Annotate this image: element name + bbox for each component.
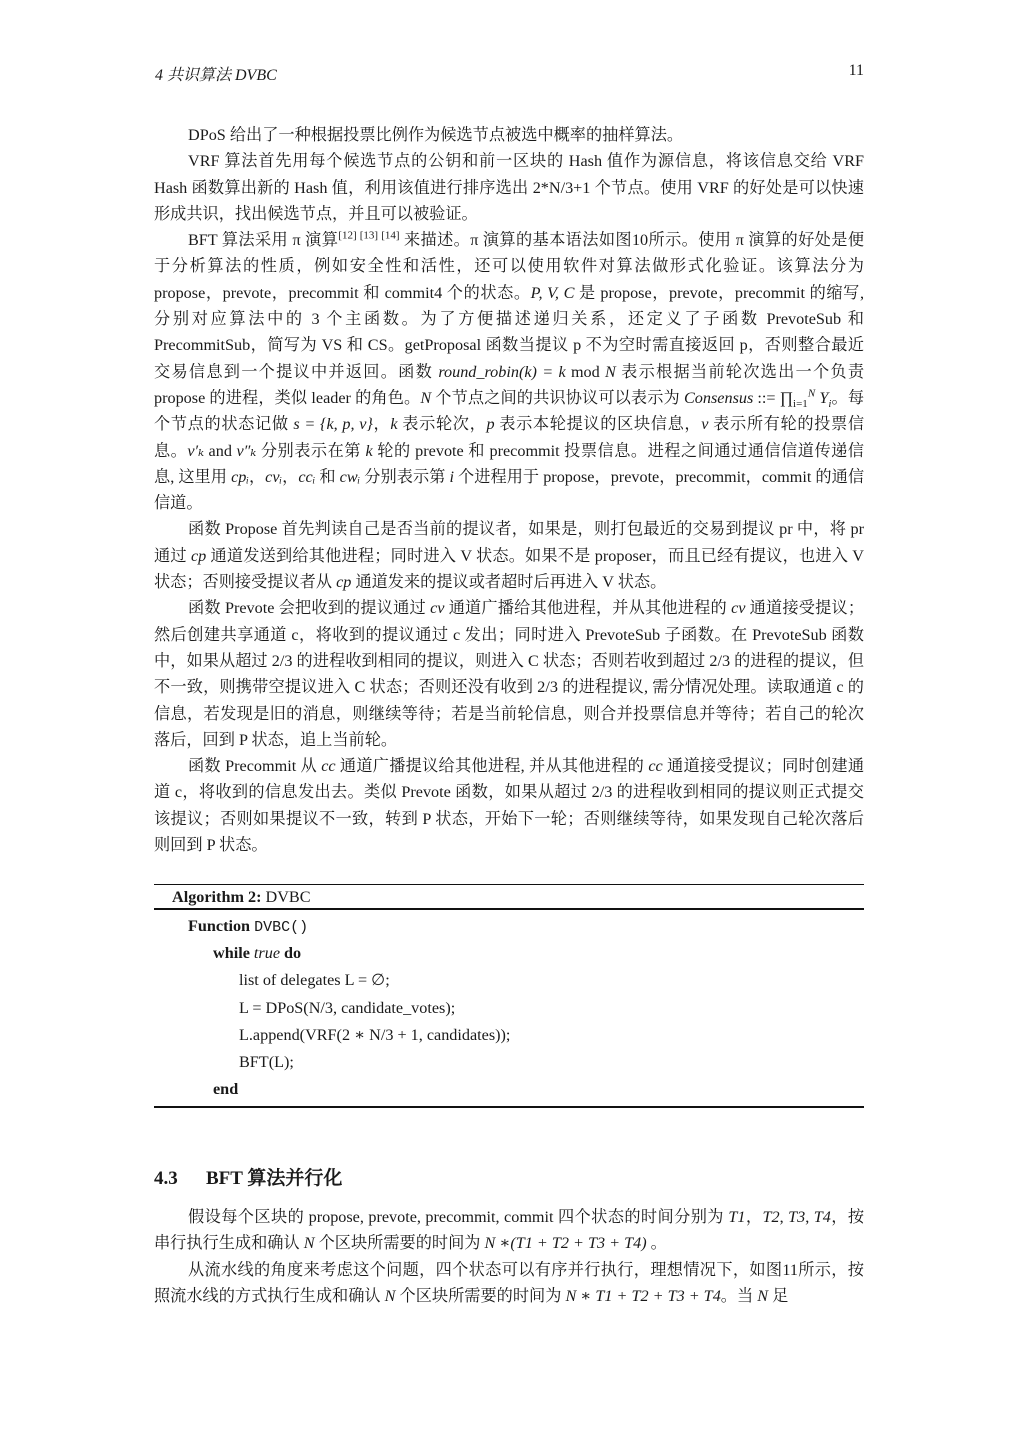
paragraph-precommit: 函数 Precommit 从 cc 通道广播提议给其他进程, 并从其他进程的 c… <box>154 753 864 858</box>
algorithm-line: while true do <box>154 940 864 967</box>
paragraph-pipeline-time: 从流水线的角度来考虑这个问题，四个状态可以有序并行执行，理想情况下，如图11所示… <box>154 1257 864 1310</box>
algorithm-line: L = DPoS(N/3, candidate_votes); <box>154 995 864 1022</box>
algorithm-line: list of delegates L = ∅; <box>154 967 864 994</box>
citation-refs[interactable]: [12] [13] [14] <box>338 230 399 242</box>
algorithm-bottom-rule <box>154 1106 864 1108</box>
paragraph-propose: 函数 Propose 首先判读自己是否当前的提议者，如果是，则打包最近的交易到提… <box>154 516 864 595</box>
section-number: 4.3 <box>154 1168 206 1190</box>
algorithm-line: L.append(VRF(2 ∗ N/3 + 1, candidates)); <box>154 1022 864 1049</box>
paragraph-serial-time: 假设每个区块的 propose, prevote, precommit, com… <box>154 1204 864 1257</box>
algorithm-line: Function DVBC() <box>154 913 864 940</box>
algorithm-line: BFT(L); <box>154 1049 864 1076</box>
paragraph-prevote: 函数 Prevote 会把收到的提议通过 cv 通道广播给其他进程，并从其他进程… <box>154 595 864 753</box>
page-number: 11 <box>849 62 864 80</box>
section-title: BFT 算法并行化 <box>206 1168 342 1189</box>
page-header: 4 共识算法 DVBC 11 <box>155 62 864 86</box>
algorithm-line: end <box>154 1076 864 1103</box>
section-body: 假设每个区块的 propose, prevote, precommit, com… <box>154 1204 864 1309</box>
algorithm-block: Algorithm 2: DVBC Function DVBC() while … <box>154 884 864 1108</box>
paragraph-dpos: DPoS 给出了一种根据投票比例作为候选节点被选中概率的抽样算法。 <box>154 122 864 148</box>
running-head: 4 共识算法 DVBC <box>155 62 277 85</box>
section-heading: 4.3BFT 算法并行化 <box>154 1163 342 1190</box>
paragraph-vrf: VRF 算法首先用每个候选节点的公钥和前一区块的 Hash 值作为源信息，将该信… <box>154 148 864 227</box>
body-text: DPoS 给出了一种根据投票比例作为候选节点被选中概率的抽样算法。 VRF 算法… <box>154 122 864 858</box>
algorithm-title: Algorithm 2: DVBC <box>154 885 864 908</box>
paragraph-bft: BFT 算法采用 π 演算[12] [13] [14] 来描述。π 演算的基本语… <box>154 227 864 516</box>
